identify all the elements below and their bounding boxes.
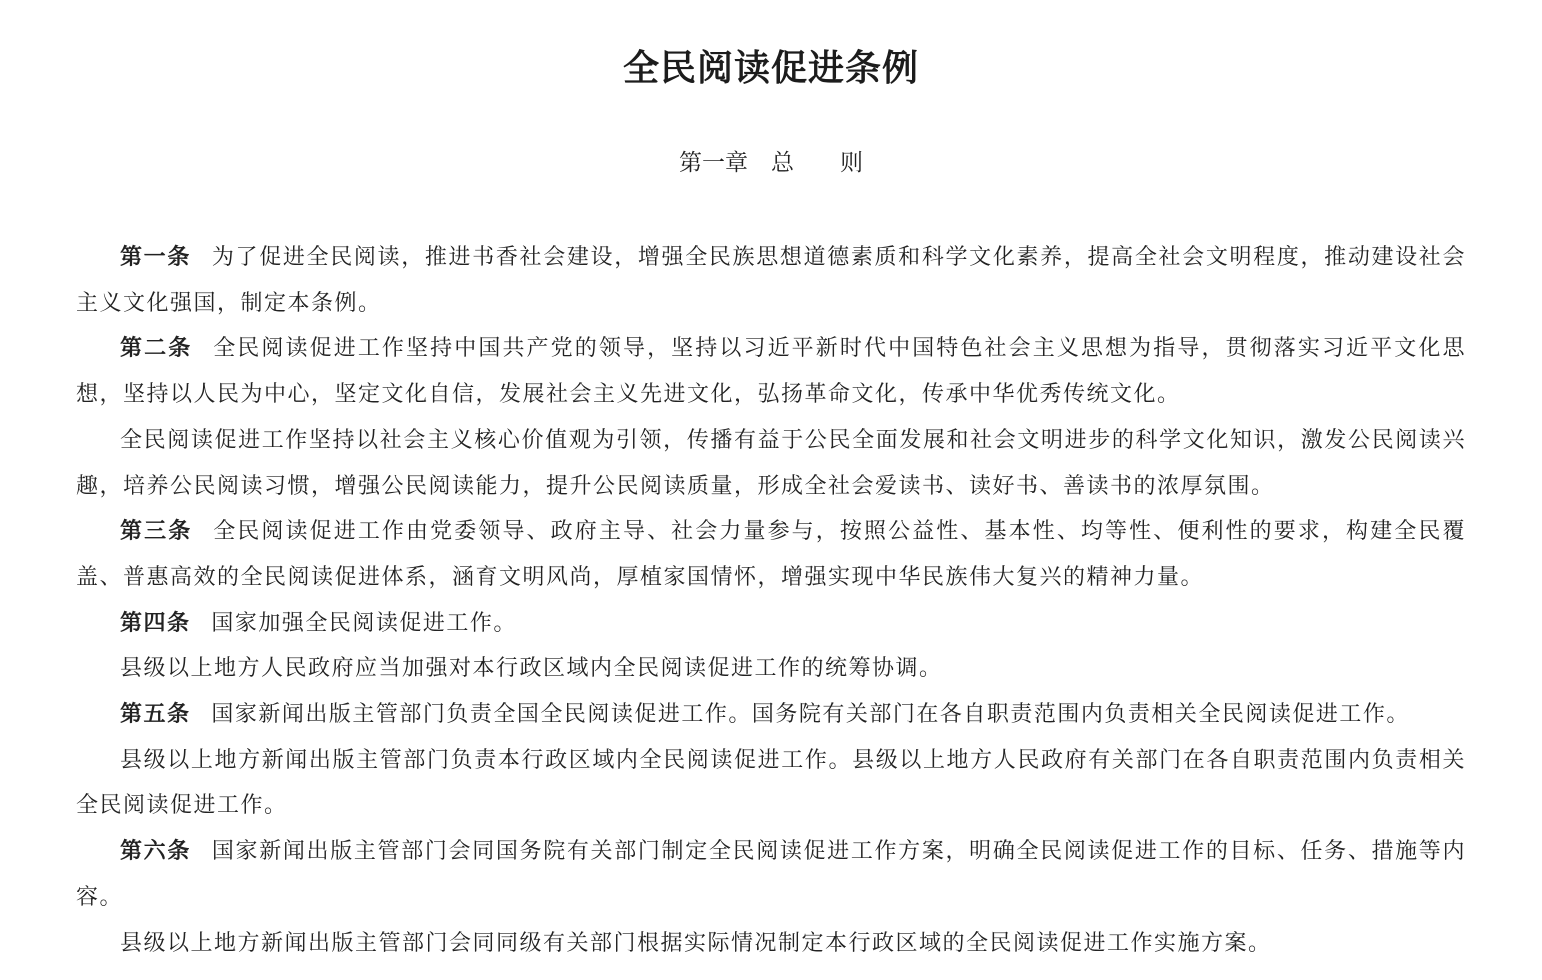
article-paragraph: 第四条国家加强全民阅读促进工作。 [76,600,1466,646]
paragraph-text: 县级以上地方新闻出版主管部门会同同级有关部门根据实际情况制定本行政区域的全民阅读… [120,930,1272,955]
paragraph-text: 国家新闻出版主管部门会同国务院有关部门制定全民阅读促进工作方案，明确全民阅读促进… [76,838,1466,909]
paragraph-text: 全民阅读促进工作坚持以社会主义核心价值观为引领，传播有益于公民全面发展和社会文明… [76,427,1466,498]
clause-number: 第二条 [120,335,192,360]
article-paragraph: 县级以上地方人民政府应当加强对本行政区域内全民阅读促进工作的统筹协调。 [76,645,1466,691]
paragraph-text: 全民阅读促进工作坚持中国共产党的领导，坚持以习近平新时代中国特色社会主义思想为指… [76,335,1466,406]
article-paragraph: 全民阅读促进工作坚持以社会主义核心价值观为引领，传播有益于公民全面发展和社会文明… [76,417,1466,508]
article-paragraph: 第一条为了促进全民阅读，推进书香社会建设，增强全民族思想道德素质和科学文化素养，… [76,234,1466,325]
clause-number: 第三条 [120,518,192,543]
paragraph-text: 国家加强全民阅读促进工作。 [211,610,517,635]
article-paragraph: 第三条全民阅读促进工作由党委领导、政府主导、社会力量参与，按照公益性、基本性、均… [76,508,1466,599]
article-paragraph: 县级以上地方新闻出版主管部门负责本行政区域内全民阅读促进工作。县级以上地方人民政… [76,737,1466,828]
paragraph-text: 为了促进全民阅读，推进书香社会建设，增强全民族思想道德素质和科学文化素养，提高全… [76,244,1466,315]
document-page: 全民阅读促进条例 第一章 总 则 第一条为了促进全民阅读，推进书香社会建设，增强… [0,0,1542,980]
article-paragraph: 第五条国家新闻出版主管部门负责全国全民阅读促进工作。国务院有关部门在各自职责范围… [76,691,1466,737]
paragraph-text: 县级以上地方新闻出版主管部门负责本行政区域内全民阅读促进工作。县级以上地方人民政… [76,747,1466,818]
article-paragraph: 县级以上地方新闻出版主管部门会同同级有关部门根据实际情况制定本行政区域的全民阅读… [76,920,1466,966]
article-paragraph: 第六条国家新闻出版主管部门会同国务院有关部门制定全民阅读促进工作方案，明确全民阅… [76,828,1466,919]
paragraph-text: 全民阅读促进工作由党委领导、政府主导、社会力量参与，按照公益性、基本性、均等性、… [76,518,1466,589]
chapter-heading: 第一章 总 则 [76,90,1466,178]
clause-number: 第一条 [120,244,191,269]
document-body: 第一条为了促进全民阅读，推进书香社会建设，增强全民族思想道德素质和科学文化素养，… [76,234,1466,965]
document-title: 全民阅读促进条例 [76,0,1466,90]
clause-number: 第六条 [120,838,191,863]
article-paragraph: 第二条全民阅读促进工作坚持中国共产党的领导，坚持以习近平新时代中国特色社会主义思… [76,325,1466,416]
paragraph-text: 国家新闻出版主管部门负责全国全民阅读促进工作。国务院有关部门在各自职责范围内负责… [211,701,1410,726]
clause-number: 第五条 [120,701,191,726]
paragraph-text: 县级以上地方人民政府应当加强对本行政区域内全民阅读促进工作的统筹协调。 [120,655,943,680]
clause-number: 第四条 [120,610,191,635]
